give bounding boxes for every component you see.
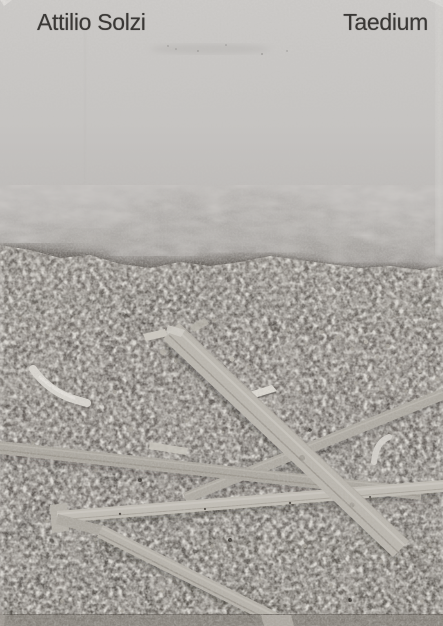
book-title: Taedium	[343, 8, 428, 38]
book-cover: Attilio Solzi Taedium	[0, 0, 443, 626]
artist-name: Attilio Solzi	[37, 8, 146, 38]
grain-overlay	[0, 0, 443, 626]
